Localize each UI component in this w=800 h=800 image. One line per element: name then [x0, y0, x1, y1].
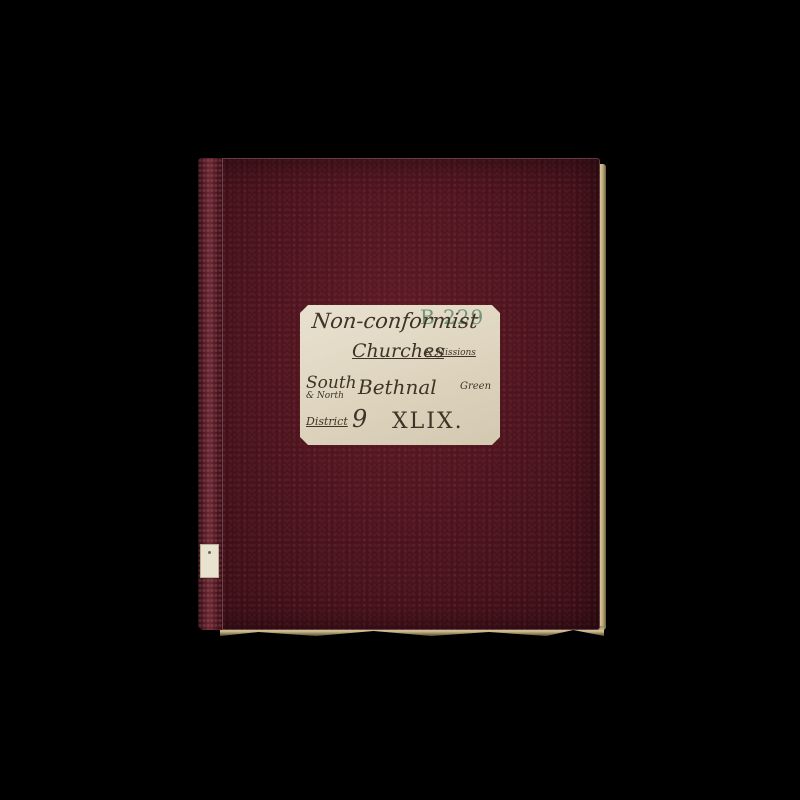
notebook-spine	[198, 158, 223, 630]
label-area-name: Bethnal	[358, 375, 437, 399]
roman-numeral: XLIX.	[392, 409, 464, 434]
label-area-south: South	[306, 373, 357, 393]
district-number: 9	[352, 405, 367, 433]
label-subtitle-suffix: & Missions	[425, 348, 476, 358]
library-tag	[200, 544, 219, 578]
label-title: Non-conformist	[311, 309, 479, 333]
notebook: B 229 Non-conformist Churches & Missions…	[198, 158, 608, 638]
district-label: District	[306, 415, 348, 428]
label-area-north: & North	[306, 391, 344, 401]
label-area-green: Green	[460, 381, 491, 392]
cover-label: B 229 Non-conformist Churches & Missions…	[300, 305, 500, 445]
tag-mark	[208, 551, 211, 554]
